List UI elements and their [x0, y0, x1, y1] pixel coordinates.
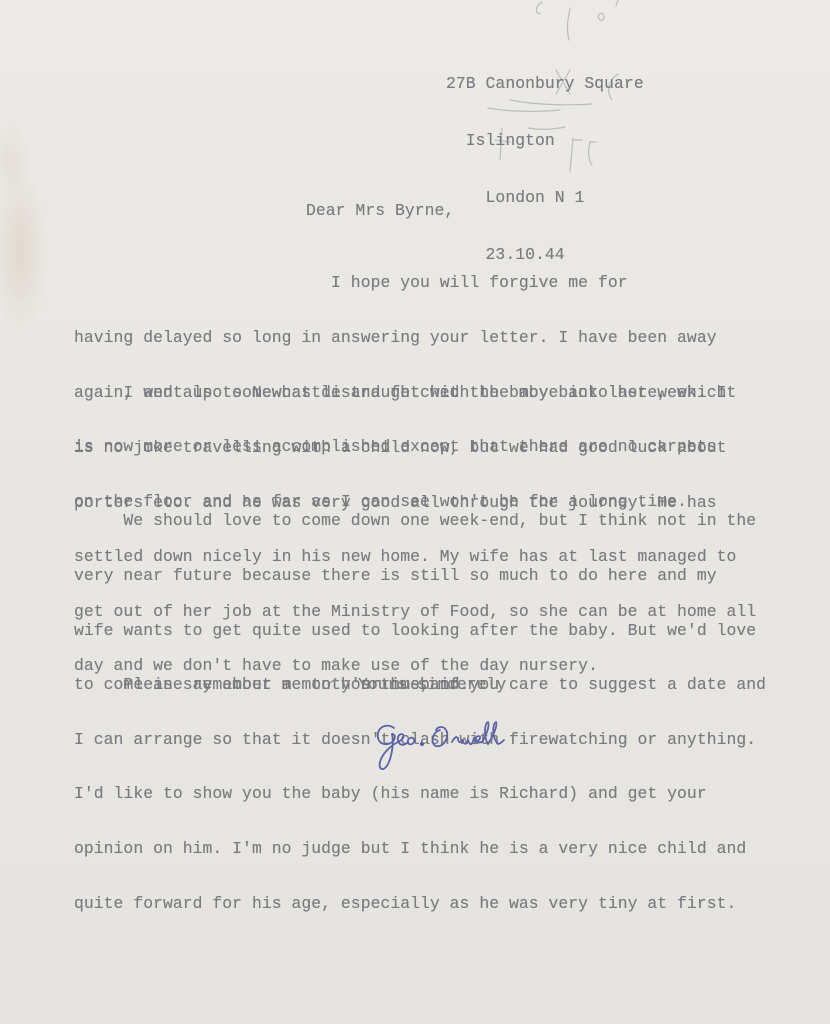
paragraph-line: I'd like to show you the baby (his name … [74, 785, 766, 803]
paragraph-line: We should love to come down one week-end… [74, 512, 766, 530]
paragraph-line: wife wants to get quite used to looking … [74, 622, 766, 640]
paragraph-line: opinion on him. I'm no judge but I think… [74, 840, 766, 858]
paragraph-line: very near future because there is still … [74, 567, 766, 585]
paragraph-line: having delayed so long in answering your… [74, 329, 726, 347]
paragraph-line: I hope you will forgive me for [74, 274, 726, 292]
pencil-tick-mark [326, 676, 340, 686]
signature-icon [372, 712, 552, 782]
paragraph-line: I went up to Newcastle and fetched the b… [74, 384, 756, 402]
paragraph-line: is no joke travelling with a child now, … [74, 439, 756, 457]
closing: Yours sincerely [358, 676, 506, 694]
signature: Geo. Orwell [372, 712, 552, 782]
salutation: Dear Mrs Byrne, [306, 202, 454, 220]
address-district: Islington [446, 131, 644, 150]
address-street: 27B Canonbury Square [446, 74, 644, 93]
address-city: London N 1 [446, 188, 644, 207]
letter-page: 27B Canonbury Square Islington London N … [0, 0, 830, 1024]
paragraph-line: quite forward for his age, especially as… [74, 895, 766, 913]
